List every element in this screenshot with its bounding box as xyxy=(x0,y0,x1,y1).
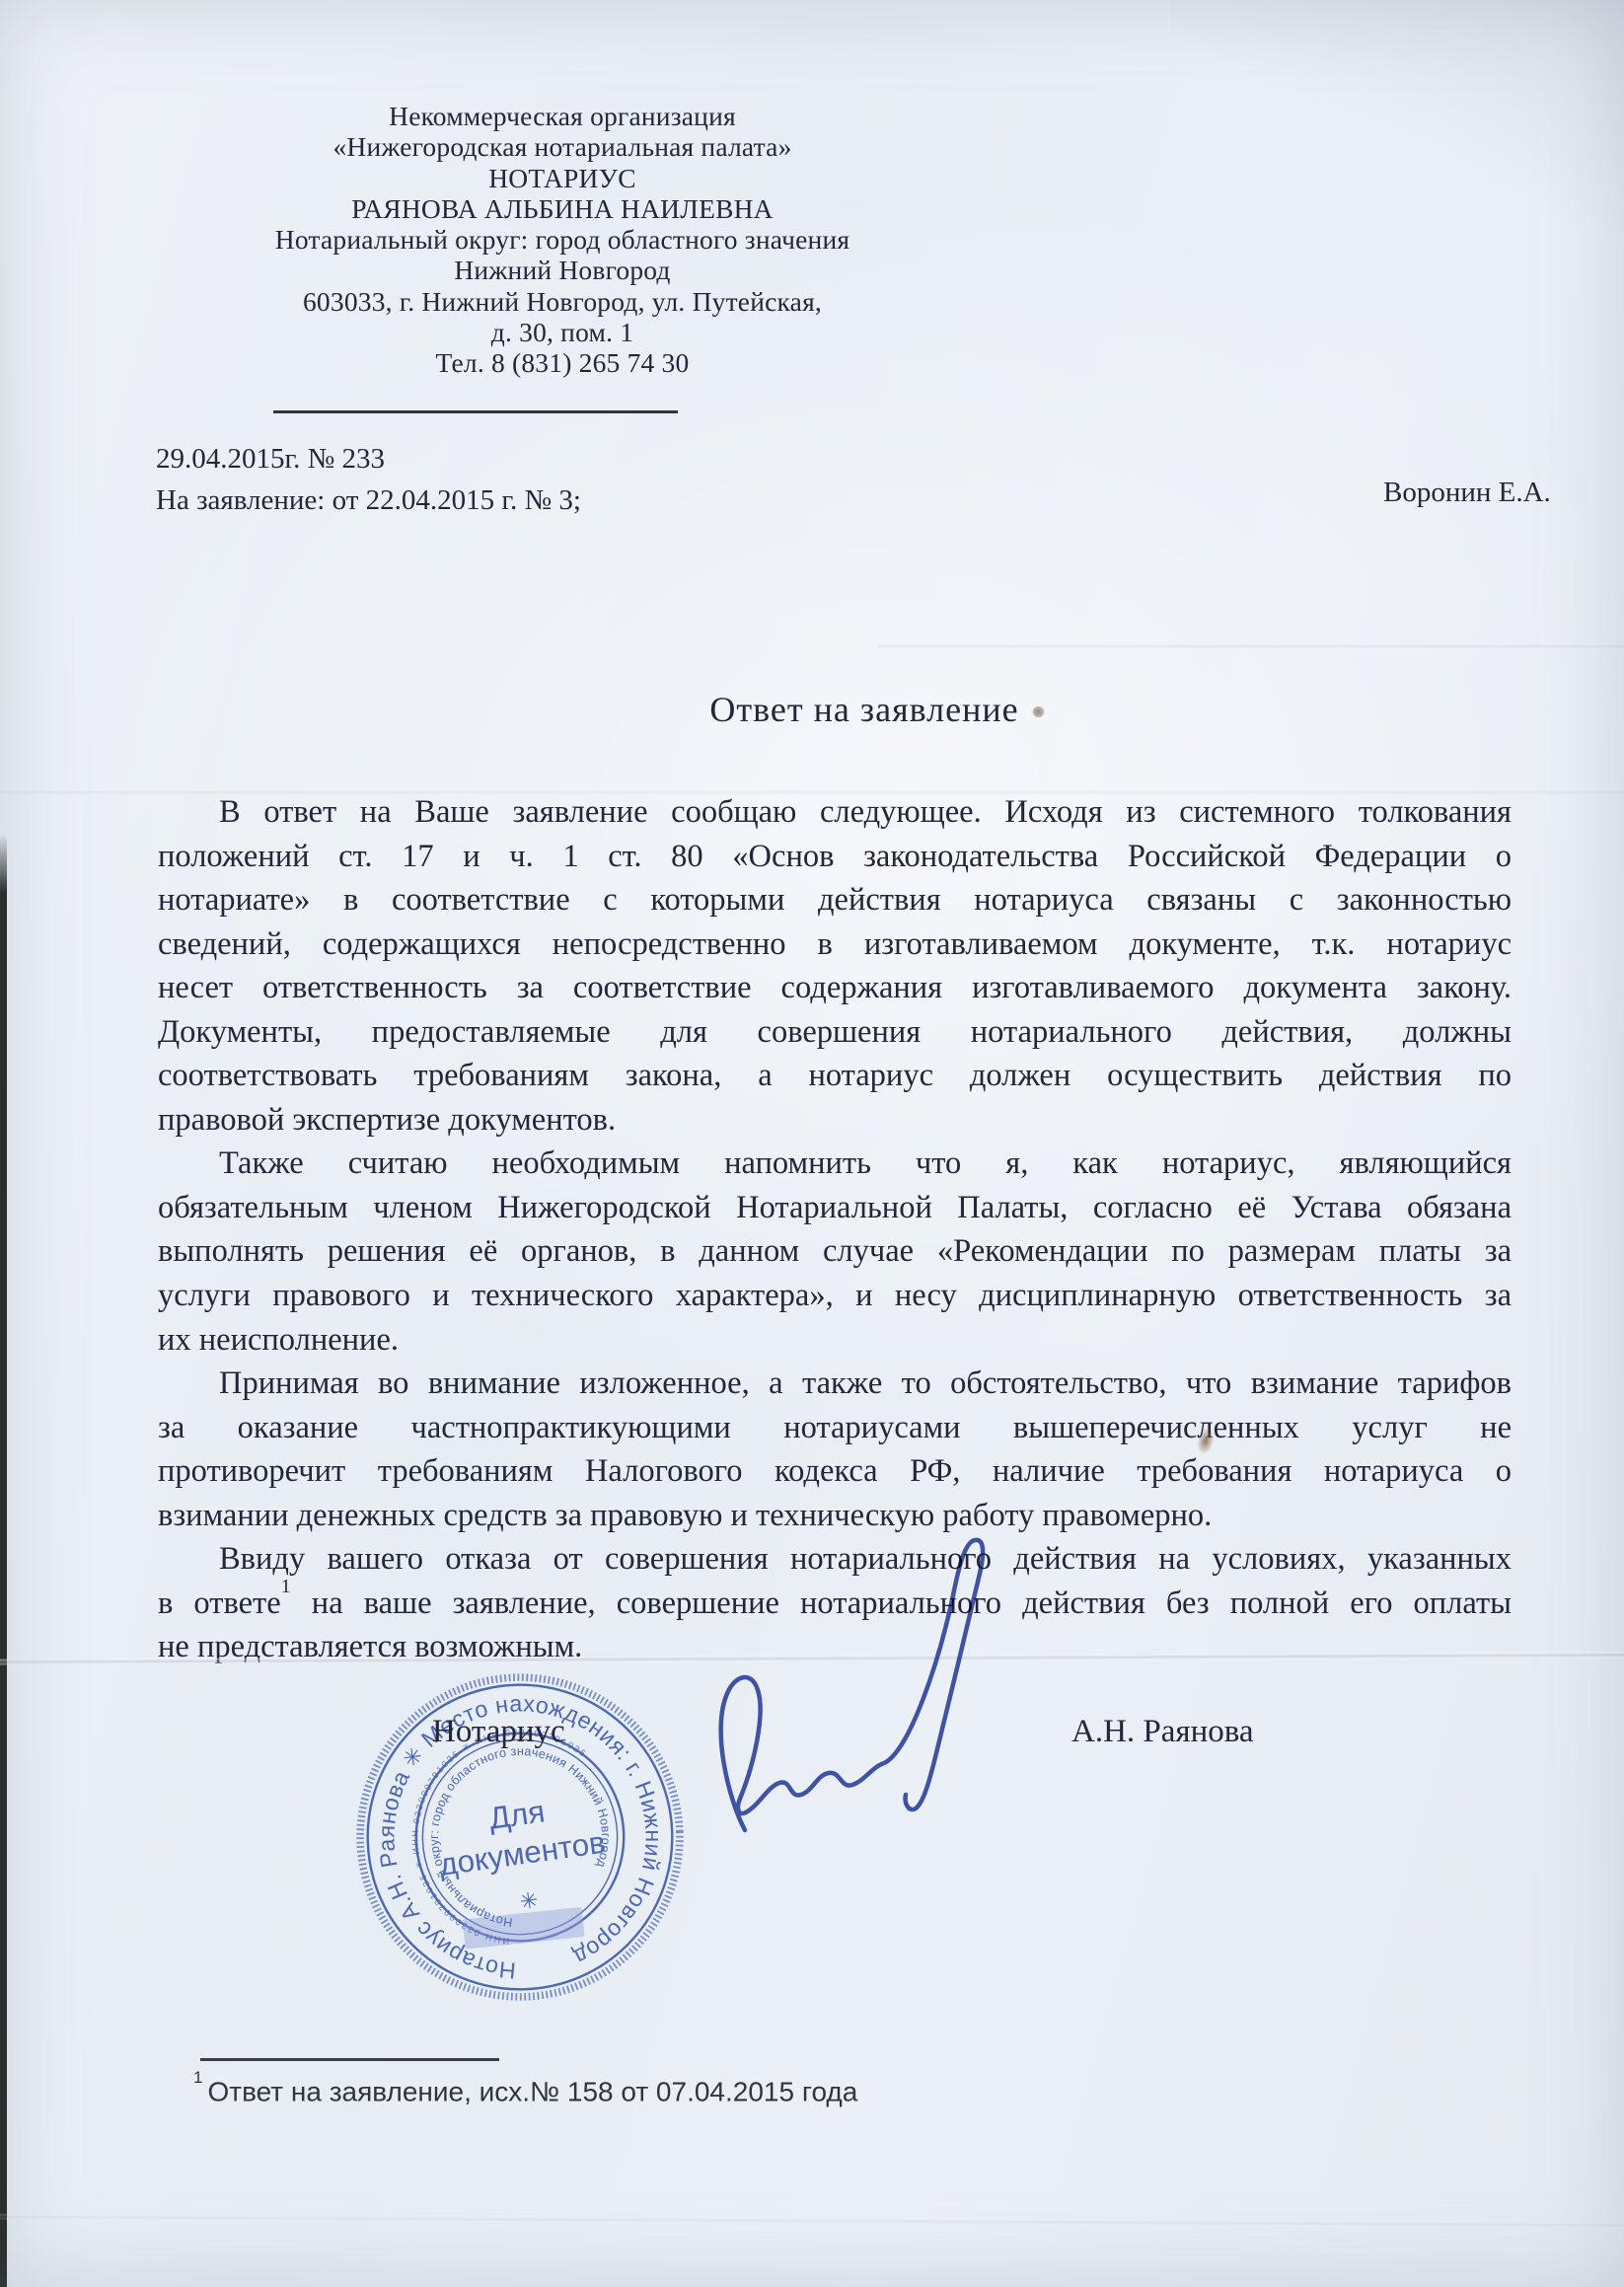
footnote-marker: 1 xyxy=(193,2068,202,2087)
letterhead-line: Нижний Новгород xyxy=(168,255,957,285)
body-line: нотариате» в соответствие с которыми дей… xyxy=(158,878,1512,922)
paper-speck xyxy=(1032,706,1045,717)
letterhead-line: 603033, г. Нижний Новгород, ул. Путейска… xyxy=(168,286,957,317)
body-line: услуги правового и технического характер… xyxy=(158,1274,1512,1318)
body-line: Документы, предоставляемые для совершени… xyxy=(158,1010,1512,1055)
stamp-star: ✳ xyxy=(518,1887,540,1914)
letterhead-line: Нотариальный округ: город областного зна… xyxy=(168,224,957,255)
letterhead: Некоммерческая организация«Нижегородская… xyxy=(168,101,957,379)
document-title: Ответ на заявление xyxy=(709,689,1018,730)
body-line: их неисполнение. xyxy=(158,1318,1512,1363)
stamp-center-line1: Для xyxy=(486,1794,547,1836)
scanned-letter-page: Некоммерческая организация«Нижегородская… xyxy=(0,0,1624,2287)
letterhead-line: НОТАРИУС xyxy=(168,163,957,193)
reference-block: 29.04.2015г. № 233 На заявление: от 22.0… xyxy=(156,438,581,521)
paper-crease xyxy=(877,643,1624,649)
letterhead-line: РАЯНОВА АЛЬБИНА НАИЛЕВНА xyxy=(168,193,957,224)
body-line: выполнять решения её органов, в данном с… xyxy=(158,1229,1512,1274)
letterhead-line: «Нижегородская нотариальная палата» xyxy=(168,131,957,162)
signer-position-label: Нотариус xyxy=(432,1714,565,1750)
incoming-reference: На заявление: от 22.04.2015 г. № 3; xyxy=(156,480,581,521)
letterhead-line: Некоммерческая организация xyxy=(168,101,957,131)
footnote-text: Ответ на заявление, исх.№ 158 от 07.04.2… xyxy=(207,2076,857,2106)
addressee-name: Воронин Е.А. xyxy=(1383,477,1551,509)
body-line: соответствовать требованиям закона, а но… xyxy=(158,1054,1512,1098)
paper-wrinkle xyxy=(1170,0,1624,247)
signer-name: А.Н. Раянова xyxy=(1071,1714,1254,1750)
footnote-divider xyxy=(200,2058,499,2061)
body-line: сведений, содержащихся непосредственно в… xyxy=(158,922,1512,967)
body-line: несет ответственность за соответствие со… xyxy=(158,966,1512,1010)
body-line: положений ст. 17 и ч. 1 ст. 80 «Основ за… xyxy=(158,835,1512,879)
body-line: за оказание частнопрактикующими нотариус… xyxy=(158,1406,1512,1450)
body-line: Принимая во внимание изложенное, а также… xyxy=(158,1362,1512,1406)
handwritten-signature xyxy=(651,1503,1046,1843)
body-line: В ответ на Ваше заявление сообщаю следую… xyxy=(158,790,1512,835)
outgoing-number: 29.04.2015г. № 233 xyxy=(156,438,581,480)
paper-crease xyxy=(0,2214,1624,2229)
body-line: противоречит требованиям Налогового коде… xyxy=(158,1449,1512,1494)
footnote: 1Ответ на заявление, исх.№ 158 от 07.04.… xyxy=(193,2076,857,2107)
scan-edge-shadow xyxy=(0,834,7,2287)
body-line: Также считаю необходимым напомнить что я… xyxy=(158,1142,1512,1186)
letterhead-line: Тел. 8 (831) 265 74 30 xyxy=(168,347,957,378)
stamp-center-line2: документов xyxy=(437,1825,608,1882)
body-line: обязательным членом Нижегородской Нотари… xyxy=(158,1186,1512,1230)
body-line: правовой экспертизе документов. xyxy=(158,1098,1512,1143)
letterhead-divider xyxy=(273,410,678,413)
letterhead-line: д. 30, пом. 1 xyxy=(168,317,957,347)
